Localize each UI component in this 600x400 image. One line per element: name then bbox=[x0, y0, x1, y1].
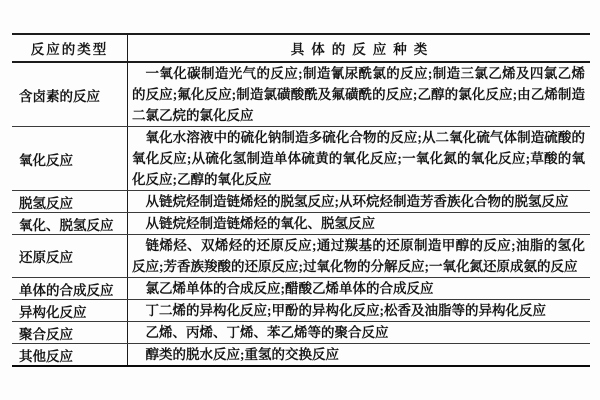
table-row: 单体的合成反应 氯乙烯单体的合成反应;醋酸乙烯单体的合成反应 bbox=[12, 278, 590, 300]
table-row: 其他反应 醇类的脱水反应;重氢的交换反应 bbox=[12, 344, 590, 365]
table-row: 含卤素的反应 一氧化碳制造光气的反应;制造氰尿酰氯的反应;制造三氯乙烯及四氯乙烯… bbox=[12, 63, 590, 127]
table-row: 脱氢反应 从链烷烃制造链烯烃的脱氢反应;从环烷烃制造芳香族化合物的脱氢反应 bbox=[12, 191, 590, 213]
table-row: 还原反应 链烯烃、双烯烃的还原反应;通过羰基的还原制造甲醇的反应;油脂的氢化反应… bbox=[12, 235, 590, 278]
reaction-detail-cell: 醇类的脱水反应;重氢的交换反应 bbox=[128, 344, 590, 365]
reaction-detail-cell: 从链烷烃制造链烯烃的氧化、脱氢反应 bbox=[128, 213, 590, 234]
reaction-detail-cell: 氧化水溶液中的硫化钠制造多硫化合物的反应;从二氧化硫气体制造硫酸的氧化反应;从硫… bbox=[128, 127, 590, 190]
reaction-type-cell: 其他反应 bbox=[12, 344, 128, 365]
table-header-row: 反应的类型 具体的反应种类 bbox=[12, 35, 590, 63]
reaction-type-cell: 含卤素的反应 bbox=[12, 63, 128, 126]
reaction-type-cell: 单体的合成反应 bbox=[12, 278, 128, 299]
reaction-type-cell: 氧化反应 bbox=[12, 127, 128, 190]
header-reaction-detail: 具体的反应种类 bbox=[128, 35, 590, 61]
header-reaction-type: 反应的类型 bbox=[12, 35, 128, 61]
reaction-detail-cell: 链烯烃、双烯烃的还原反应;通过羰基的还原制造甲醇的反应;油脂的氢化反应;芳香族羧… bbox=[128, 235, 590, 277]
reaction-type-cell: 异构化反应 bbox=[12, 300, 128, 321]
reaction-detail-cell: 从链烷烃制造链烯烃的脱氢反应;从环烷烃制造芳香族化合物的脱氢反应 bbox=[128, 191, 590, 212]
reaction-detail-cell: 氯乙烯单体的合成反应;醋酸乙烯单体的合成反应 bbox=[128, 278, 590, 299]
reaction-types-table: 反应的类型 具体的反应种类 含卤素的反应 一氧化碳制造光气的反应;制造氰尿酰氯的… bbox=[12, 33, 590, 367]
table-row: 氧化、脱氢反应 从链烷烃制造链烯烃的氧化、脱氢反应 bbox=[12, 213, 590, 235]
reaction-type-cell: 氧化、脱氢反应 bbox=[12, 213, 128, 234]
table-row: 氧化反应 氧化水溶液中的硫化钠制造多硫化合物的反应;从二氧化硫气体制造硫酸的氧化… bbox=[12, 127, 590, 191]
reaction-type-cell: 聚合反应 bbox=[12, 322, 128, 343]
reaction-detail-cell: 丁二烯的异构化反应;甲酚的异构化反应;松香及油脂等的异构化反应 bbox=[128, 300, 590, 321]
reaction-type-cell: 还原反应 bbox=[12, 235, 128, 277]
reaction-type-cell: 脱氢反应 bbox=[12, 191, 128, 212]
table-row: 聚合反应 乙烯、丙烯、丁烯、苯乙烯等的聚合反应 bbox=[12, 322, 590, 344]
reaction-detail-cell: 乙烯、丙烯、丁烯、苯乙烯等的聚合反应 bbox=[128, 322, 590, 343]
reaction-detail-cell: 一氧化碳制造光气的反应;制造氰尿酰氯的反应;制造三氯乙烯及四氯乙烯的反应;氟化反… bbox=[128, 63, 590, 126]
table-row: 异构化反应 丁二烯的异构化反应;甲酚的异构化反应;松香及油脂等的异构化反应 bbox=[12, 300, 590, 322]
